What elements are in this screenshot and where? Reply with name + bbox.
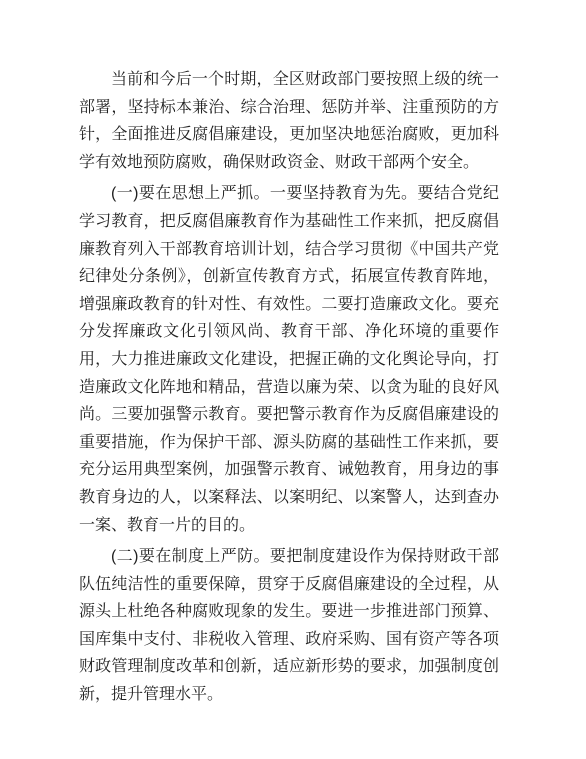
paragraph-section-two: (二)要在制度上严防。要把制度建设作为保持财政干部队伍纯洁性的重要保障，贯穿于反… [79,543,499,709]
paragraph-section-one: (一)要在思想上严抓。一要坚持教育为先。要结合党纪学习教育，把反腐倡廉教育作为基… [79,180,499,539]
document-page: 当前和今后一个时期，全区财政部门要按照上级的统一部署，坚持标本兼治、综合治理、惩… [0,0,586,759]
paragraph-intro: 当前和今后一个时期，全区财政部门要按照上级的统一部署，坚持标本兼治、综合治理、惩… [79,66,499,176]
body-text-block: 当前和今后一个时期，全区财政部门要按照上级的统一部署，坚持标本兼治、综合治理、惩… [79,66,499,713]
